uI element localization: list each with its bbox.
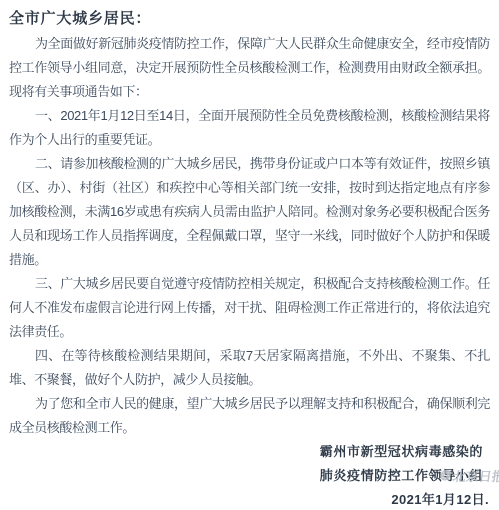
notice-paragraph-item-2: 二、请参加核酸检测的广大城乡居民，携带身份证或户口本等有效证件，按照乡镇（区、办… xyxy=(9,152,490,272)
notice-paragraph-item-4: 四、在等待核酸检测结果期间，采取7天居家隔离措施，不外出、不聚集、不扎堆、不聚餐… xyxy=(9,344,490,392)
notice-paragraph-intro: 为全面做好新冠肺炎疫情防控工作，保障广大人民群众生命健康安全，经市疫情防控工作领… xyxy=(9,32,490,104)
notice-paragraph-item-3: 三、广大城乡居民要自觉遵守疫情防控相关规定，积极配合支持核酸检测工作。任何人不准… xyxy=(9,272,490,344)
signature-line-1: 霸州市新型冠状病毒感染的 xyxy=(9,440,490,464)
notice-date: 2021年1月12日. xyxy=(9,488,490,510)
notice-document: 全市广大城乡居民： 为全面做好新冠肺炎疫情防控工作，保障广大人民群众生命健康安全… xyxy=(0,0,499,510)
signature-line-2: 肺炎疫情防控工作领导小组 xyxy=(9,464,490,488)
notice-paragraph-closing: 为了您和全市人民的健康，望广大城乡居民予以理解支持和积极配合，确保顺利完成全员核… xyxy=(9,392,490,440)
notice-paragraph-item-1: 一、2021年1月12日至14日，全面开展预防性全员免费核酸检测，核酸检测结果将… xyxy=(9,104,490,152)
salutation: 全市广大城乡居民： xyxy=(9,6,490,32)
